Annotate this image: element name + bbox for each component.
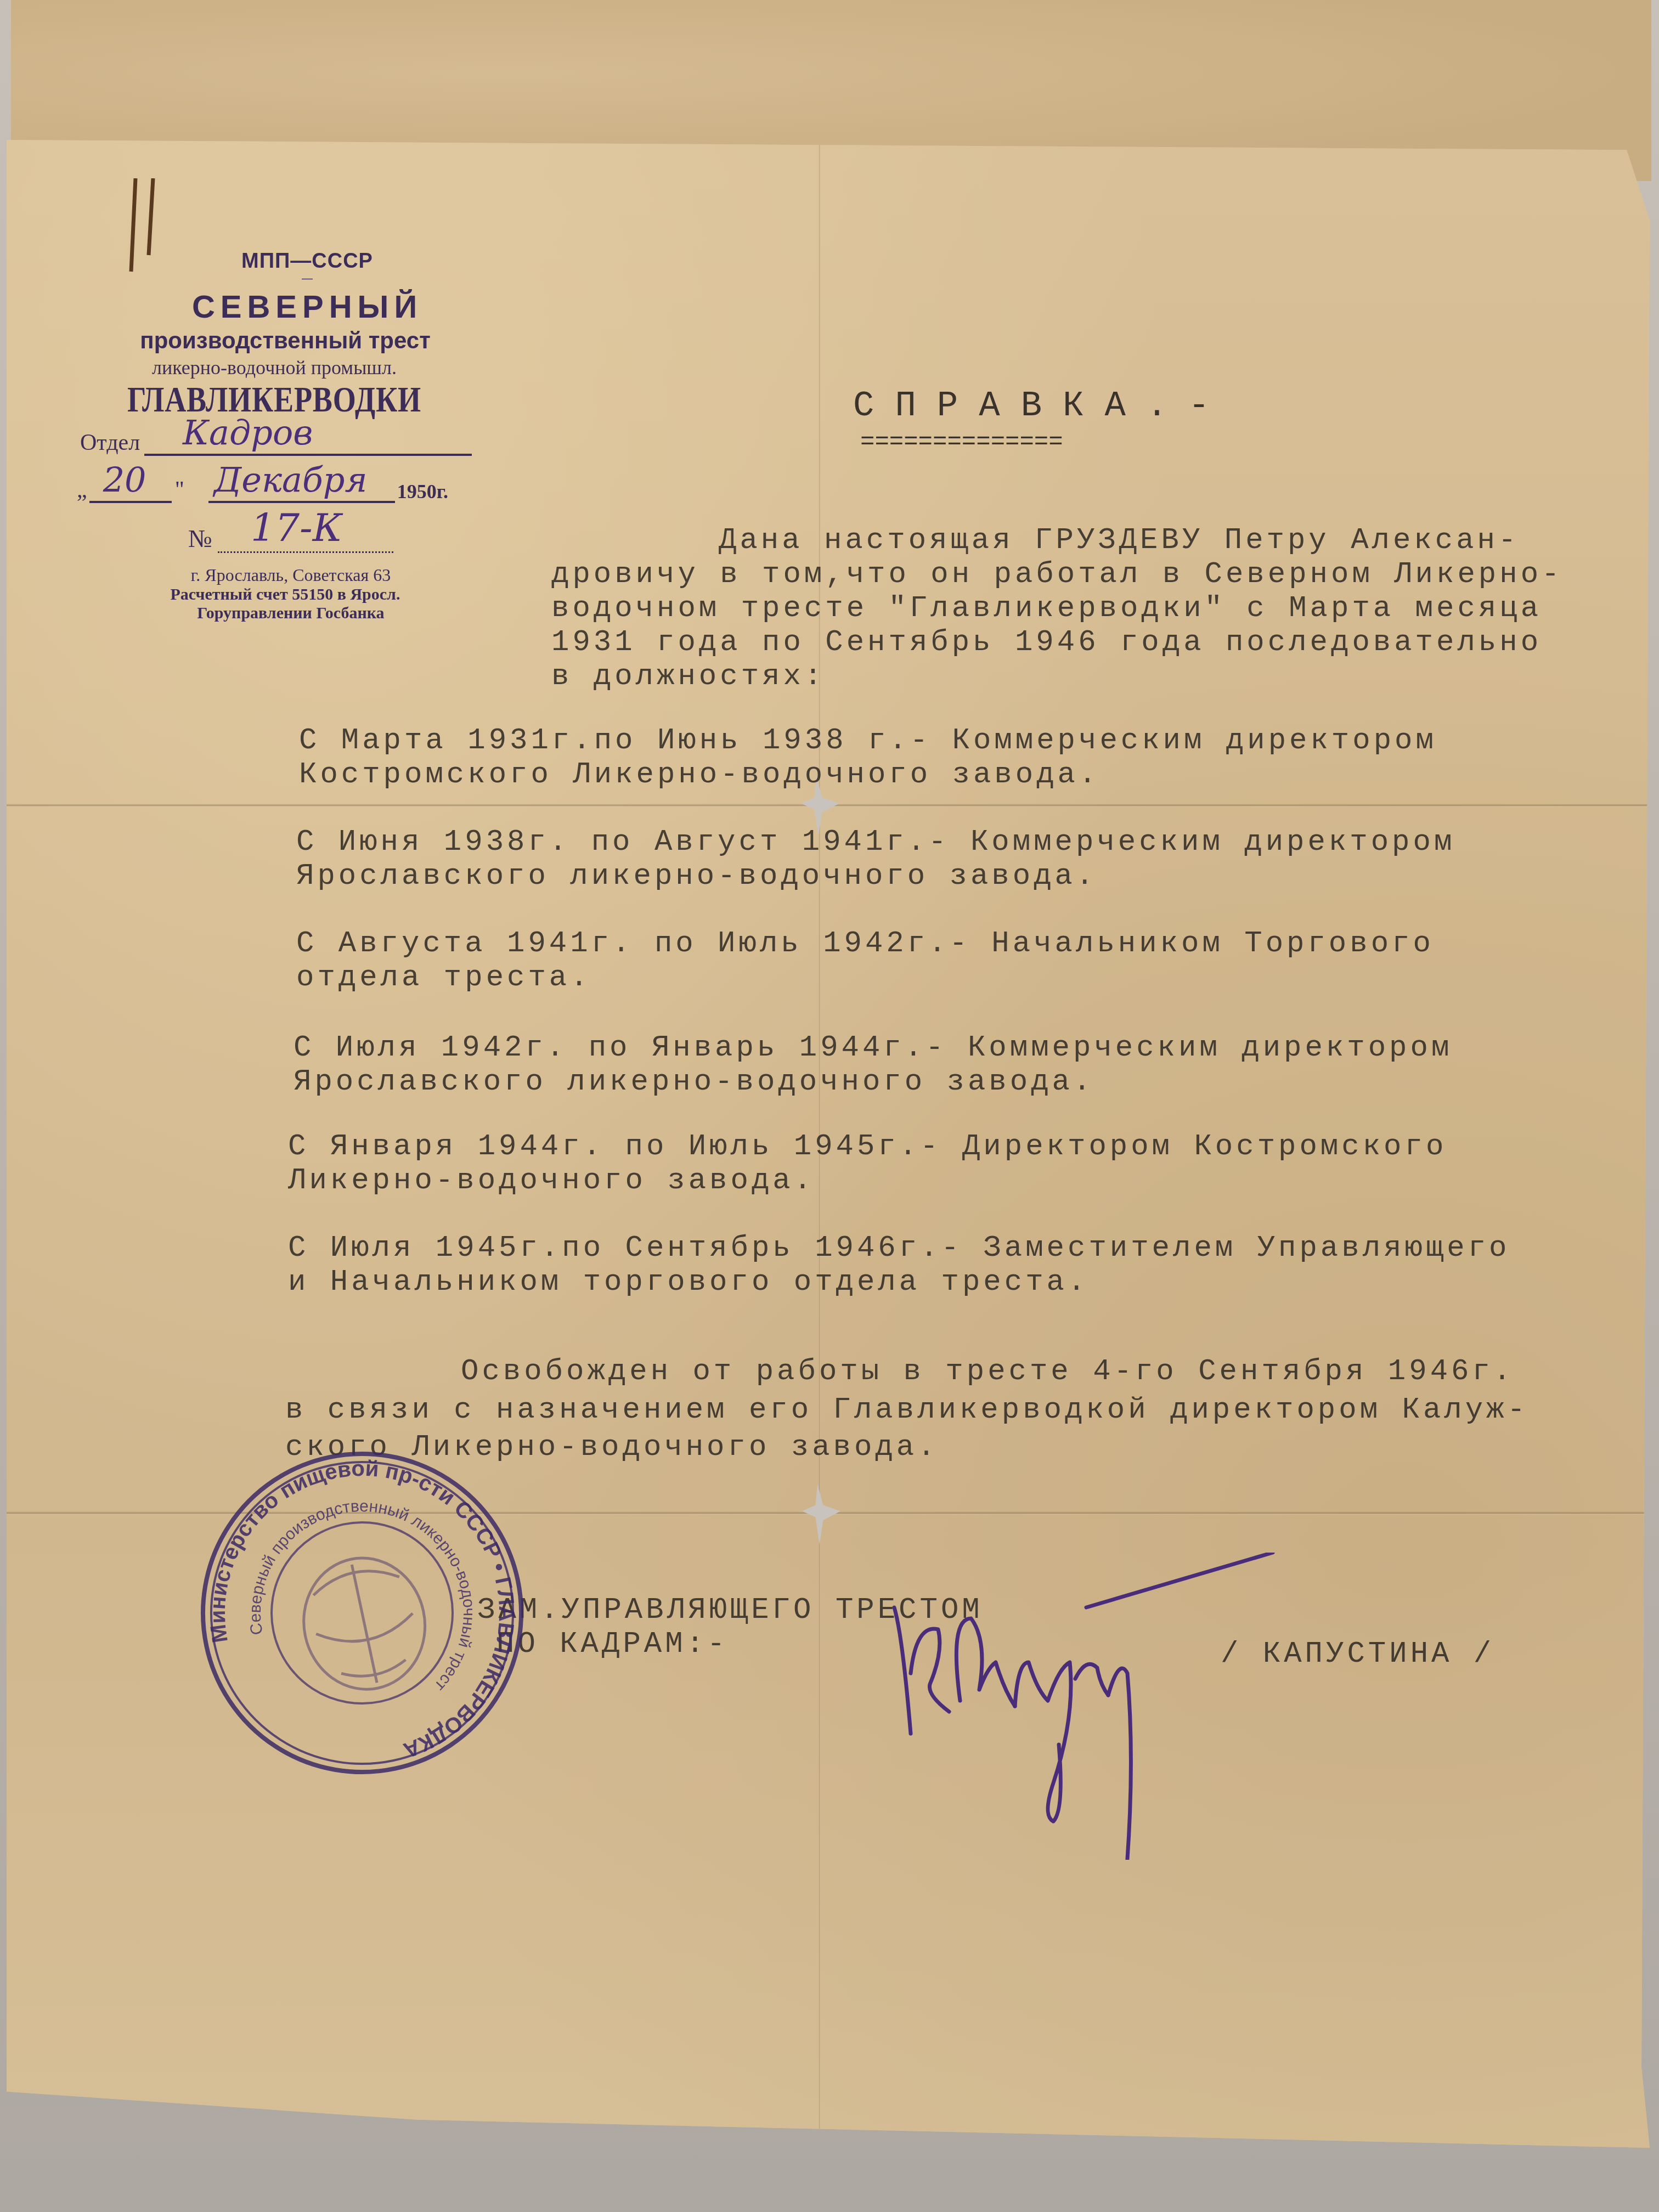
position-2-line-2: Ярославского ликерно-водочного завода. [296,860,1097,894]
intro-line-1: Дана настоящая ГРУЗДЕВУ Петру Алексан- [719,524,1519,558]
number-field: 17-К [218,515,393,553]
position-6-line-1: С Июля 1945г.по Сентябрь 1946г.- Замести… [288,1232,1510,1266]
date-row: „ 20 " Декабря 1950г. [77,468,472,503]
release-line-2: в связи с назначением его Главликерводко… [285,1393,1528,1427]
bank-account: Расчетный счет 55150 в Яросл. [99,585,472,604]
position-6-line-2: и Начальником торгового отдела треста. [288,1266,1088,1300]
bank-name: Горуправлении Госбанка [110,604,472,623]
position-3-line-1: С Августа 1941г. по Июль 1942г.- Начальн… [296,927,1434,961]
number-value: 17-К [251,505,342,550]
position-3-line-2: отдела треста. [296,961,591,995]
date-year: 1950г. [397,480,448,503]
position-1-line-2: Костромского Ликерно-водочного завода. [299,758,1099,792]
date-month-field: Декабря [208,468,395,503]
document-title: СПРАВКА.- [853,387,1231,426]
signer-role-line-2: ПО КАДРАМ:- [496,1628,728,1662]
department-value: Кадров [183,413,313,453]
intro-line-4: 1931 года по Сентябрь 1946 года последов… [551,626,1542,660]
position-2-line-1: С Июня 1938г. по Август 1941г.- Коммерче… [296,826,1455,860]
org-name: СЕВЕРНЫЙ [143,289,472,325]
intro-line-2: дровичу в том,что он работал в Северном … [551,558,1562,592]
position-5-line-2: Ликерно-водочного завода. [288,1164,815,1198]
number-row: № 17-К [110,515,472,553]
department-field: Кадров [144,421,472,456]
ministry-label: МПП—СССР [143,250,472,273]
org-type: производственный трест [99,328,472,354]
separator: — [143,273,472,284]
intro-line-5: в должностях: [551,660,825,694]
position-5-line-1: С Января 1944г. по Июль 1945г.- Директор… [288,1130,1447,1164]
release-line-1: Освобожден от работы в тресте 4-го Сентя… [461,1355,1514,1389]
date-open-quote: „ [77,477,87,503]
intro-line-3: водочном тресте "Главликерводки" с Марта… [551,592,1542,626]
department-row: Отдел Кадров [77,421,472,456]
letterhead-stamp: МПП—СССР — СЕВЕРНЫЙ производственный тре… [77,250,472,623]
date-month: Декабря [214,460,368,500]
date-close-quote: " [175,477,184,503]
position-1-line-1: С Марта 1931г.по Июнь 1938 г.- Коммерчес… [299,724,1437,758]
number-label: № [188,524,212,553]
photo-scene: МПП—СССР — СЕВЕРНЫЙ производственный тре… [0,0,1659,2212]
department-label: Отдел [80,430,140,456]
position-4-line-2: Ярославского ликерно-водочного завода. [294,1065,1094,1099]
signer-name: / КАПУСТИНА / [1221,1638,1494,1672]
round-seal-icon: Министерство пищевой пр-сти СССР • ГЛАВЛ… [198,1448,527,1778]
address: г. Ярославль, Советская 63 [110,565,472,585]
industry-branch: ликерно-водочной промышл. [77,356,472,379]
date-day: 20 [103,460,146,500]
signature-icon [878,1553,1350,1860]
title-underline: ============== [860,438,1063,448]
date-day-field: 20 [89,468,172,503]
position-4-line-1: С Июля 1942г. по Январь 1944г.- Коммерче… [294,1031,1452,1065]
